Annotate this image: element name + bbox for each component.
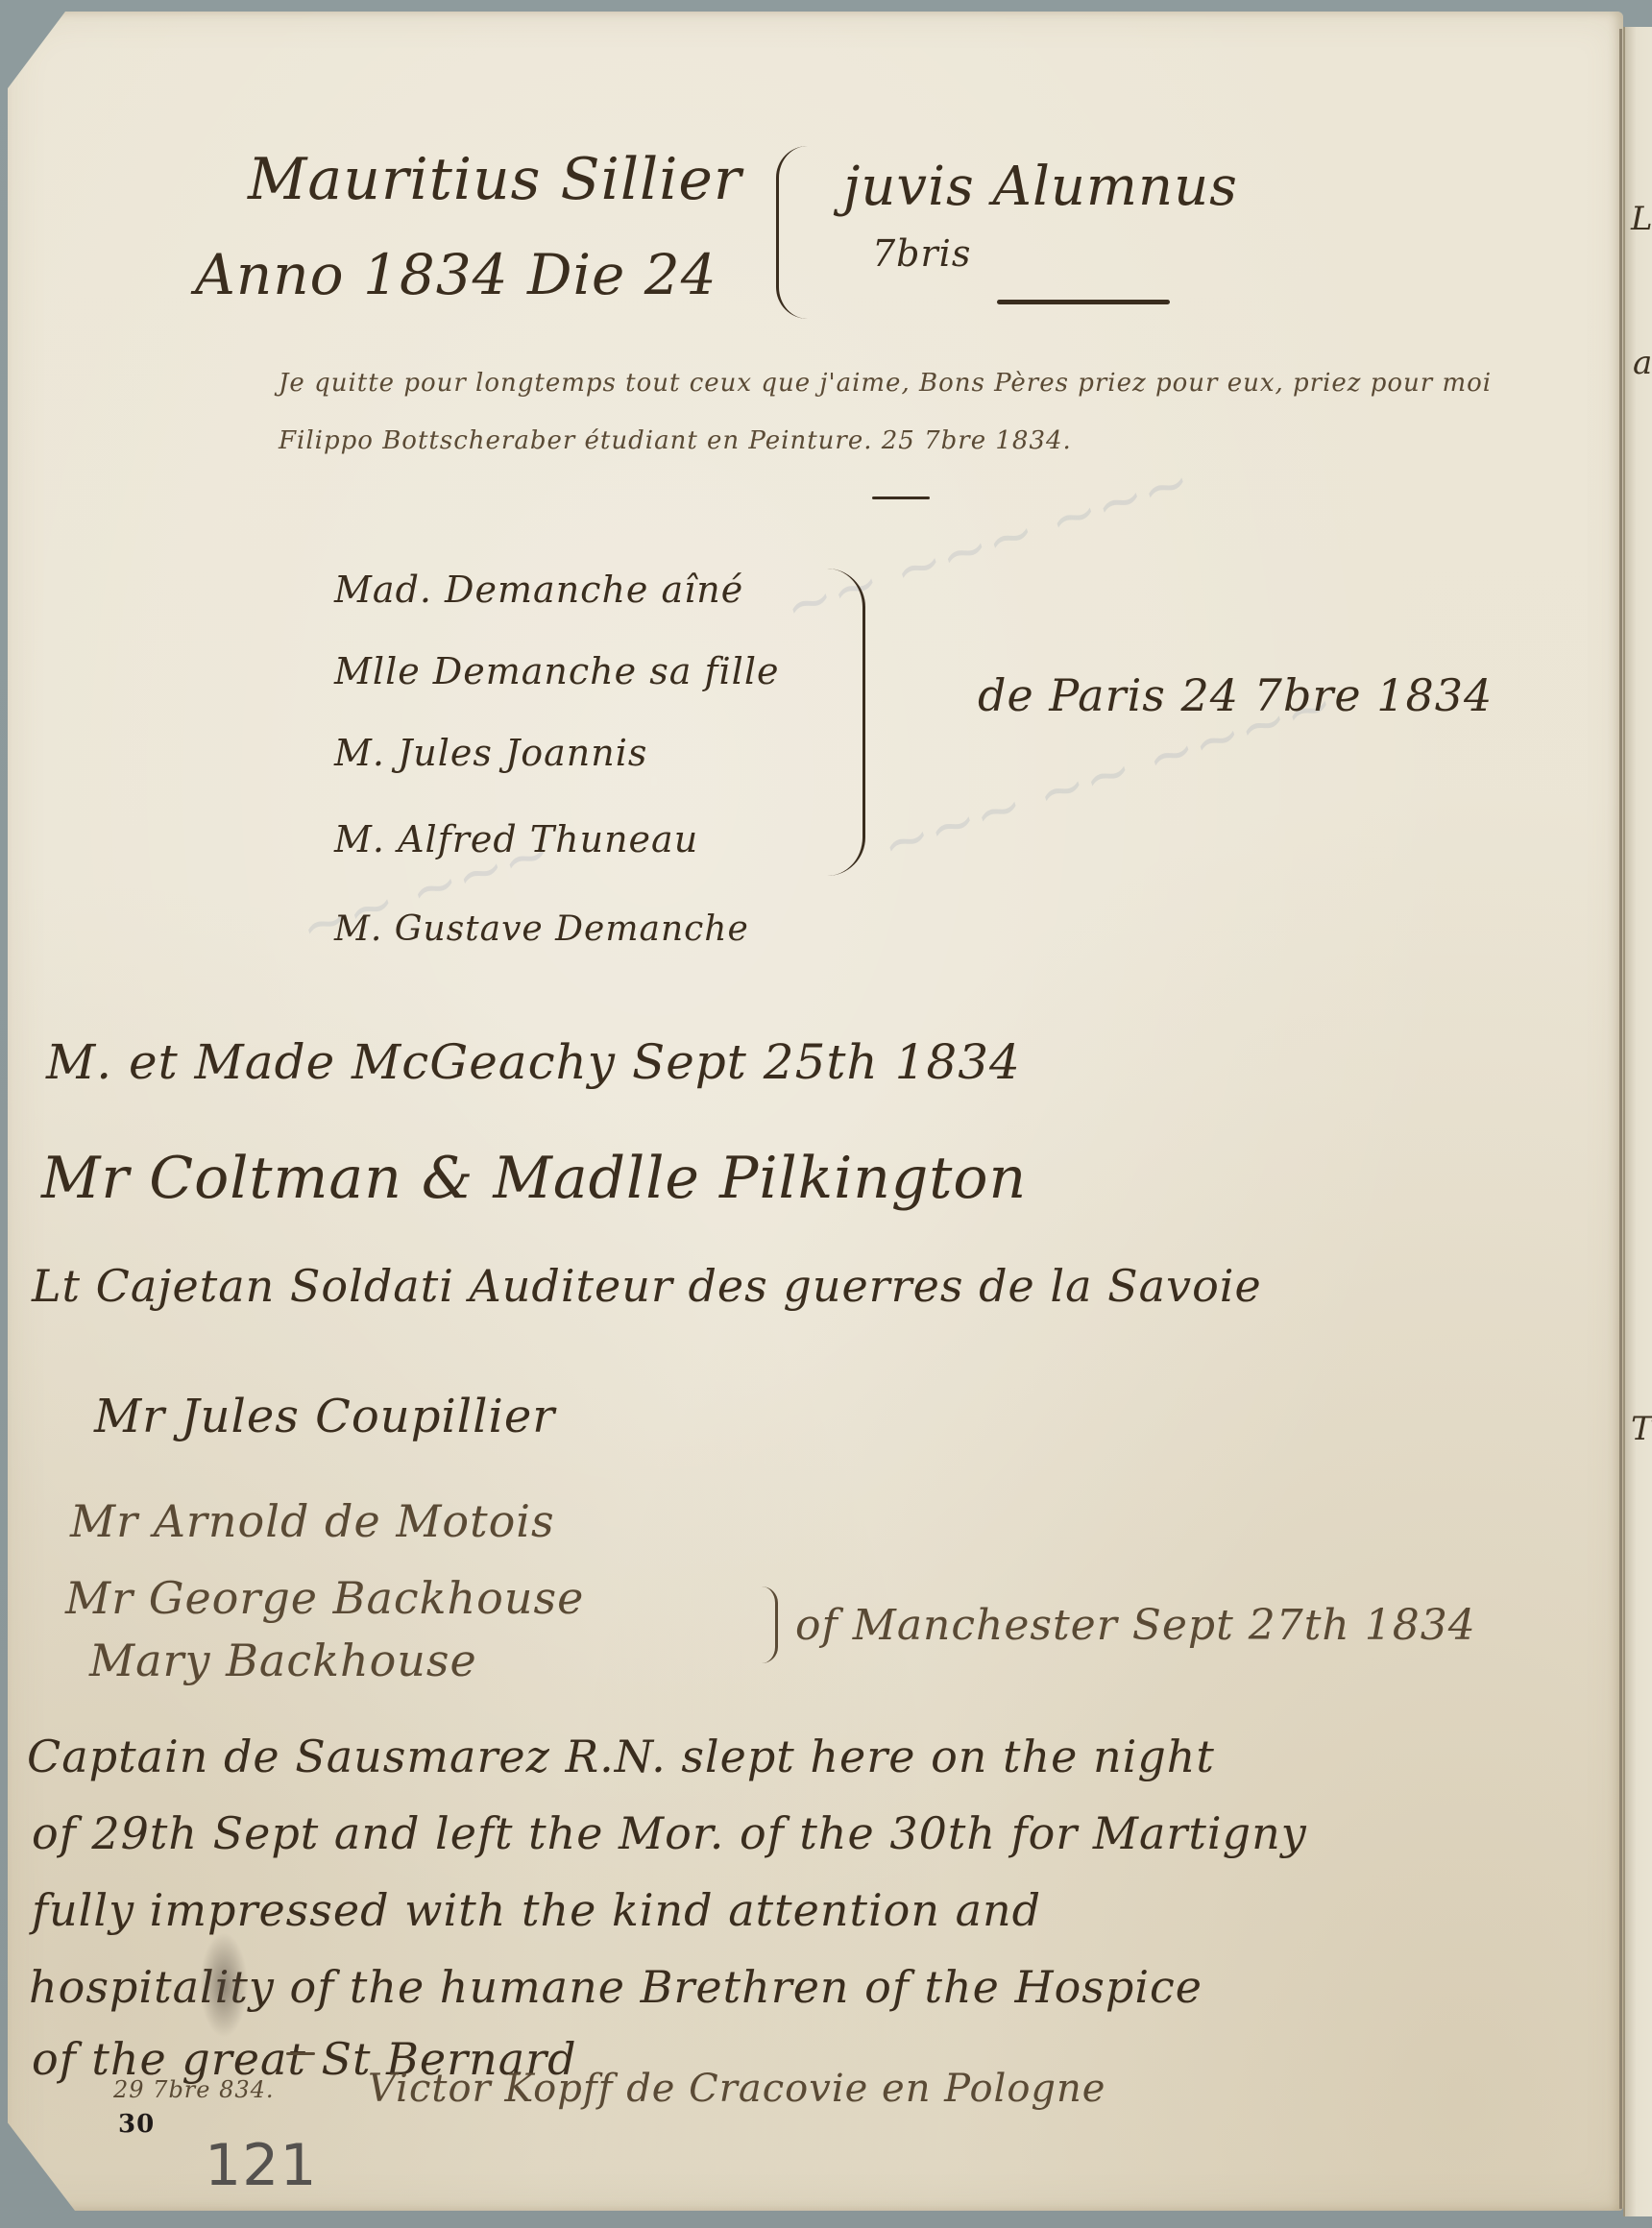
facing-page-mark: a [1633, 344, 1652, 382]
entry-motois: Mr Arnold de Motois [70, 1495, 555, 1547]
paris-name-3: M. Jules Joannis [334, 732, 647, 774]
backhouse-name-2: Mary Backhouse [89, 1635, 477, 1686]
paris-name-5: M. Gustave Demanche [334, 909, 749, 949]
farewell-note-line-1: Je quitte pour longtemps tout ceux que j… [279, 369, 1492, 398]
divider-mark [286, 2052, 315, 2055]
backhouse-origin-date: of Manchester Sept 27th 1834 [795, 1601, 1476, 1650]
header-title: juvis Alumnus [843, 156, 1238, 218]
binding-gutter [1619, 29, 1622, 2209]
backhouse-name-1: Mr George Backhouse [65, 1572, 584, 1624]
farewell-note-line-2: Filippo Bottscheraber étudiant en Peintu… [279, 426, 1072, 455]
header-brace [776, 146, 808, 319]
last-entry-text: Victor Kopff de Cracovie en Pologne [368, 2067, 1105, 2111]
facing-page-edge: L a T [1623, 27, 1652, 2216]
backhouse-brace [762, 1586, 778, 1663]
paris-name-4: M. Alfred Thuneau [334, 818, 698, 860]
paris-name-2: Mlle Demanche sa fille [334, 650, 779, 692]
facing-page-mark: T [1631, 1410, 1652, 1448]
header-date: Anno 1834 Die 24 [195, 242, 717, 307]
entry-soldati: Lt Cajetan Soldati Auditeur des guerres … [32, 1260, 1262, 1312]
paris-group-brace [824, 569, 865, 876]
page-number: 121 [205, 2132, 318, 2199]
header-name: Mauritius Sillier [248, 146, 742, 213]
paris-origin-date: de Paris 24 7bre 1834 [978, 669, 1493, 721]
manuscript-page: ~~ ~~~ ~~~ ~~~ ~~ ~~~~ ~~ ~~~ Mauritius … [8, 12, 1623, 2211]
ink-smudge [200, 1932, 248, 2038]
entry-coltman-pilkington: Mr Coltman & Madlle Pilkington [41, 1145, 1027, 1212]
last-entry-date-top: 29 7bre 834. [113, 2076, 275, 2103]
entry-mcgeachy: M. et Made McGeachy Sept 25th 1834 [46, 1034, 1021, 1090]
facing-page-mark: L [1631, 200, 1652, 238]
captain-note-line-3: fully impressed with the kind attention … [32, 1884, 1041, 1936]
header-underline [997, 300, 1170, 304]
header-month: 7bris [872, 232, 971, 275]
entry-coupillier: Mr Jules Coupillier [94, 1390, 555, 1443]
last-entry-date-bottom: 30 [118, 2110, 155, 2139]
captain-note-line-1: Captain de Sausmarez R.N. slept here on … [27, 1731, 1215, 1782]
divider-mark [872, 496, 930, 499]
captain-note-line-2: of 29th Sept and left the Mor. of the 30… [32, 1807, 1307, 1859]
paris-name-1: Mad. Demanche aîné [334, 569, 743, 611]
